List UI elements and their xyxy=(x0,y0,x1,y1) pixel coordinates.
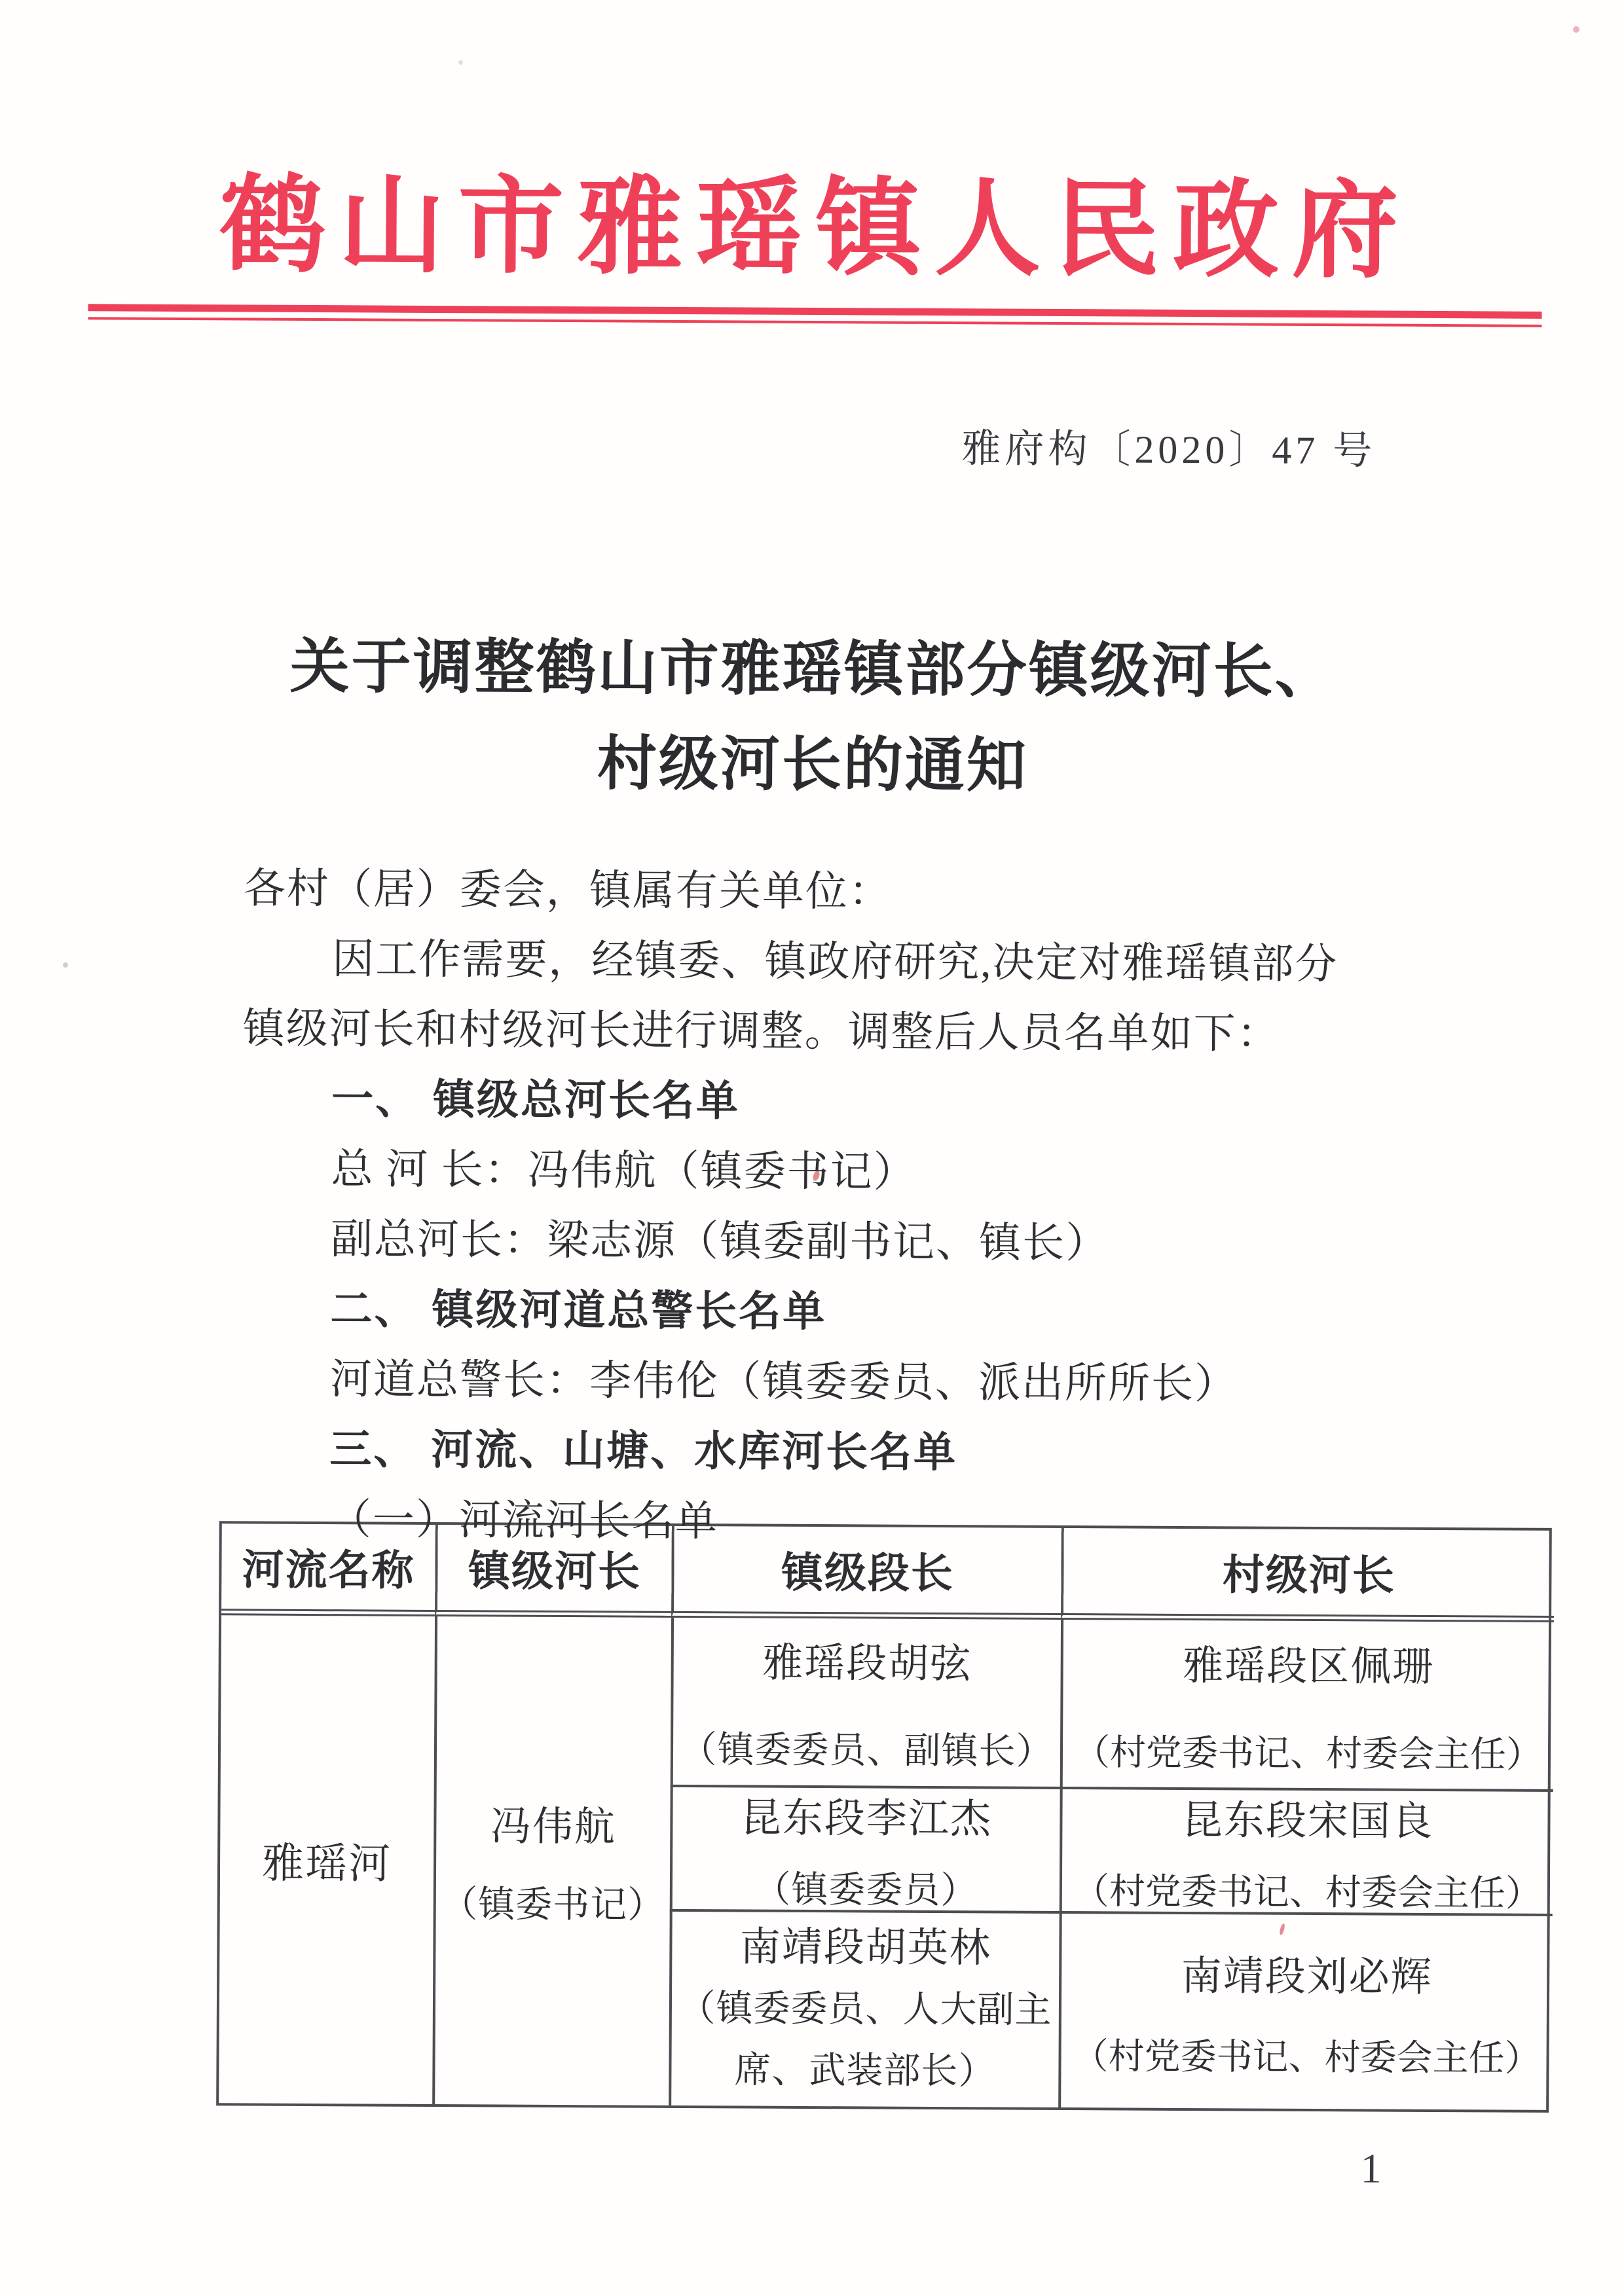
scanned-sheet: 鹤山市雅瑶镇人民政府 雅府构〔2020〕47 号 关于调整鹤山市雅瑶镇部分镇级河… xyxy=(0,0,1624,2195)
section-chief-name: 雅瑶段胡弦 xyxy=(762,1630,972,1690)
table-row: 雅瑶段区佩珊 （村党委书记、村委会主任） xyxy=(1060,1620,1554,1789)
section-chief-name: 昆东段李江杰 xyxy=(741,1785,992,1844)
village-chief-name: 雅瑶段区佩珊 xyxy=(1183,1633,1434,1692)
scan-speck xyxy=(1573,26,1579,33)
table-row: 南靖段刘必辉 （村党委书记、村委会主任） xyxy=(1058,1911,1553,2110)
section-heading-1: 一、 镇级总河长名单 xyxy=(242,1064,1623,1141)
table-header-river-name: 河流名称 xyxy=(221,1523,435,1616)
village-chief-title: （村党委书记、村委会主任） xyxy=(1073,1862,1541,1914)
table-row: 昆东段李江杰 （镇委委员） xyxy=(670,1785,1060,1911)
table-row: 南靖段胡英林 （镇委委员、人大副主 席、武装部长） xyxy=(669,1909,1060,2107)
village-chief-name: 昆东段宋国良 xyxy=(1182,1787,1433,1847)
town-chief-title: （镇委书记） xyxy=(441,1875,665,1929)
section-chief-name: 南靖段胡英林 xyxy=(740,1917,992,1980)
document-number: 雅府构〔2020〕47 号 xyxy=(2,412,1624,477)
scan-speck xyxy=(458,60,463,65)
table-header-village-chief: 村级河长 xyxy=(1061,1528,1555,1622)
section-heading-3: 三、 河流、山塘、水库河长名单 xyxy=(240,1414,1621,1491)
section-chief-title: （镇委委员、副镇长） xyxy=(680,1721,1053,1775)
deputy-chief-line: 副总河长：梁志源（镇委副书记、镇长） xyxy=(242,1204,1623,1281)
table-header-section-chief: 镇级段长 xyxy=(671,1526,1061,1620)
police-chief-line: 河道总警长：李伟伦（镇委委员、派出所所长） xyxy=(241,1344,1622,1421)
org-letterhead-title: 鹤山市雅瑶镇人民政府 xyxy=(3,0,1624,290)
document-title-line2: 村级河长的通知 xyxy=(1,714,1624,818)
letterhead-rule-thick xyxy=(88,304,1542,319)
river-name-cell: 雅瑶河 xyxy=(219,1615,435,2104)
table-row: 昆东段宋国良 （村党委书记、村委会主任） xyxy=(1060,1787,1553,1914)
village-chief-name: 南靖段刘必辉 xyxy=(1181,1943,1432,2003)
paragraph-line-2: 镇级河长和村级河长进行调整。调整后人员名单如下： xyxy=(242,994,1623,1071)
section-chief-title-line2: 席、武装部长） xyxy=(734,2039,995,2102)
town-chief-name: 冯伟航 xyxy=(490,1794,616,1853)
section-chief-title: （镇委委员） xyxy=(754,1860,978,1911)
document-title-line1: 关于调整鹤山市雅瑶镇部分镇级河长、 xyxy=(1,618,1624,722)
village-chief-title: （村党委书记、村委会主任） xyxy=(1074,1723,1542,1777)
salutation-line: 各村（居）委会，镇属有关单位： xyxy=(244,854,1624,931)
section-heading-2: 二、 镇级河道总警长名单 xyxy=(241,1274,1622,1351)
table-row: 雅瑶段胡弦 （镇委委员、副镇长） xyxy=(671,1618,1061,1787)
document-page: 鹤山市雅瑶镇人民政府 雅府构〔2020〕47 号 关于调整鹤山市雅瑶镇部分镇级河… xyxy=(0,0,1624,2296)
table-header-town-chief: 镇级河长 xyxy=(435,1525,672,1618)
paragraph-line-1: 因工作需要，经镇委、镇政府研究,决定对雅瑶镇部分 xyxy=(243,924,1624,1001)
river-chiefs-table: 河流名称 镇级河长 镇级段长 村级河长 雅瑶河 冯伟航 （镇委书记） 雅瑶段胡弦… xyxy=(216,1521,1552,2113)
page-number: 1 xyxy=(0,2138,1617,2195)
section-chief-title-line1: （镇委委员、人大副主 xyxy=(678,1978,1052,2041)
document-title: 关于调整鹤山市雅瑶镇部分镇级河长、 村级河长的通知 xyxy=(1,618,1624,818)
chief-line: 总 河 长：冯伟航（镇委书记） xyxy=(242,1134,1623,1211)
body-text: 各村（居）委会，镇属有关单位： 因工作需要，经镇委、镇政府研究,决定对雅瑶镇部分… xyxy=(240,854,1624,1561)
village-chief-title: （村党委书记、村委会主任） xyxy=(1072,2027,1540,2081)
scan-speck xyxy=(63,962,68,968)
town-chief-cell: 冯伟航 （镇委书记） xyxy=(432,1616,671,2105)
letterhead-rule-thin xyxy=(88,317,1541,327)
